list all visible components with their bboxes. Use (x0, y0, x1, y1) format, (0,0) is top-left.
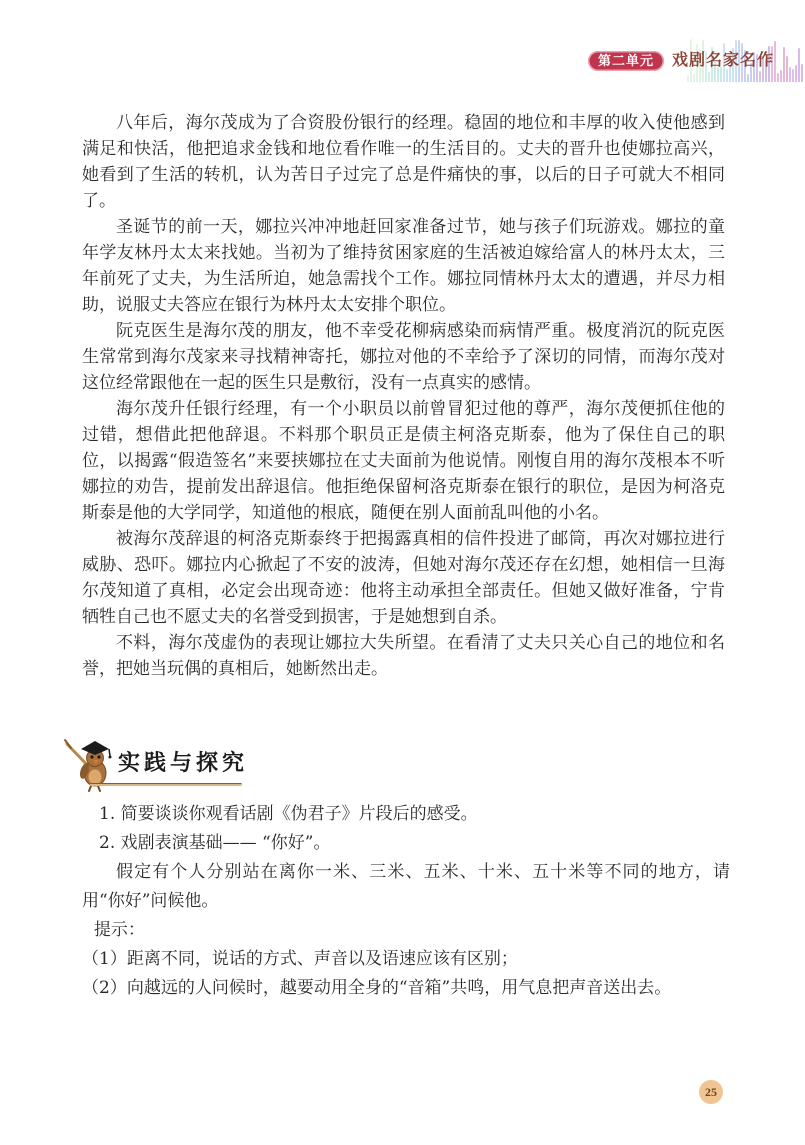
textbook-page: 第二单元 戏剧名家名作 八年后，海尔茂成为了合资股份银行的经理。稳固的地位和丰厚… (0, 0, 805, 1145)
practice-exercise: 假定有个人分别站在离你一米、三米、五米、十米、五十米等不同的地方，请用“你好”问… (82, 858, 730, 916)
section-underline (90, 783, 242, 786)
section-title: 实践与探究 (118, 746, 248, 777)
paragraph: 不料，海尔茂虚伪的表现让娜拉大失所望。在看清了丈夫只关心自己的地位和名誉，把她当… (82, 630, 725, 682)
hint-item: （1）距离不同，说话的方式、声音以及语速应该有区别； (82, 945, 730, 974)
paragraph: 八年后，海尔茂成为了合资股份银行的经理。稳固的地位和丰厚的收入使他感到满足和快活… (82, 110, 725, 214)
paragraph: 阮克医生是海尔茂的朋友，他不幸受花柳病感染而病情严重。极度消沉的阮克医生常常到海… (82, 318, 725, 396)
unit-badge: 第二单元 (588, 51, 664, 71)
paragraph: 海尔茂升任银行经理，有一个小职员以前曾冒犯过他的尊严，海尔茂便抓住他的过错，想借… (82, 396, 725, 526)
practice-section-header: 实践与探究 (0, 734, 400, 794)
page-header: 第二单元 戏剧名家名作 (0, 38, 805, 86)
hint-item: （2）向越远的人问候时，越要动用全身的“音箱”共鸣，用气息把声音送出去。 (82, 974, 730, 1003)
paragraph: 圣诞节的前一天，娜拉兴冲冲地赶回家准备过节，她与孩子们玩游戏。娜拉的童年学友林丹… (82, 214, 725, 318)
practice-content: 1. 简要谈谈你观看话剧《伪君子》片段后的感受。 2. 戏剧表演基础—— “你好… (82, 800, 730, 1003)
practice-item: 2. 戏剧表演基础—— “你好”。 (82, 829, 730, 858)
chapter-title: 戏剧名家名作 (672, 51, 774, 71)
hint-label: 提示： (82, 916, 730, 945)
practice-item: 1. 简要谈谈你观看话剧《伪君子》片段后的感受。 (82, 800, 730, 829)
page-number-badge: 25 (699, 1080, 723, 1104)
body-text: 八年后，海尔茂成为了合资股份银行的经理。稳固的地位和丰厚的收入使他感到满足和快活… (82, 110, 725, 682)
paragraph: 被海尔茂辞退的柯洛克斯泰终于把揭露真相的信件投进了邮筒，再次对娜拉进行威胁、恐吓… (82, 526, 725, 630)
